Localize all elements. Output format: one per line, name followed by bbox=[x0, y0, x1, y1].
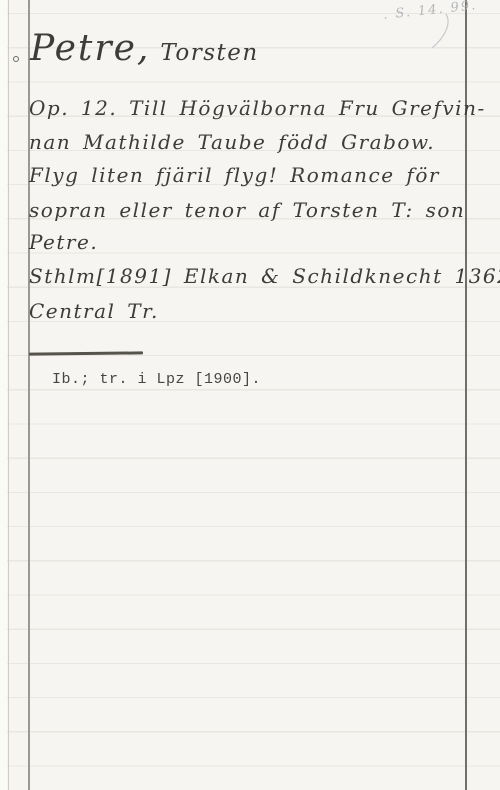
margin-dot-mark bbox=[13, 56, 19, 62]
entry-line-5: Petre. bbox=[29, 230, 98, 254]
entry-line-6: Sthlm[1891] Elkan & Schildknecht 1362. bbox=[29, 264, 500, 288]
page-edge-line bbox=[8, 0, 9, 790]
typed-annotation: Ib.; tr. i Lpz [1900]. bbox=[52, 371, 261, 388]
entry-heading: Petre,Torsten bbox=[30, 28, 259, 69]
entry-line-1: Op. 12. Till Högvälborna Fru Grefvin- bbox=[29, 96, 486, 120]
heading-forename: Torsten bbox=[160, 40, 258, 66]
entry-line-4: sopran eller tenor af Torsten T: son bbox=[29, 198, 465, 222]
entry-line-2: nan Mathilde Taube född Grabow. bbox=[29, 130, 435, 154]
heading-surname: Petre, bbox=[30, 28, 150, 69]
page-left-edge bbox=[0, 0, 7, 790]
entry-line-7: Central Tr. bbox=[29, 299, 159, 323]
catalog-card-scan: . S. 14. 99. Petre,Torsten Op. 12. Till … bbox=[0, 0, 500, 790]
pencil-flourish-mark bbox=[418, 10, 460, 52]
entry-line-3: Flyg liten fjäril flyg! Romance för bbox=[29, 163, 440, 187]
